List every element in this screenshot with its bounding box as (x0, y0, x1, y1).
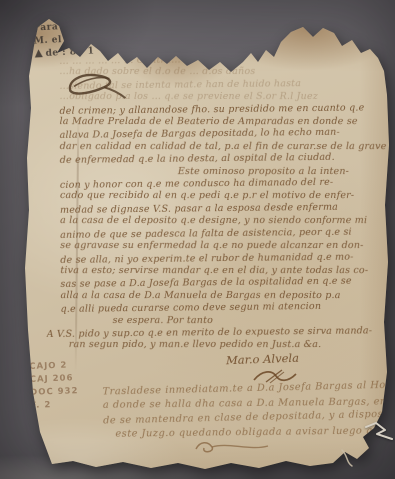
manuscript-line: se agravase su enfermedad la q.e no pued… (60, 240, 390, 252)
archive-reference: CAJO 2 CAJ 206 DOC 932 F. 2 (29, 359, 79, 413)
closing-flourish-icon (192, 438, 270, 456)
signature: Mar.o Alvela (226, 351, 299, 368)
paper-shadow: Para el M. el 5. L. de : 8 : 1 … … … … …… (0, 0, 395, 479)
decree-text: Trasladese inmediatam.te a D.a Josefa Ba… (103, 379, 395, 442)
archive-reference-line: DOC 932 (30, 385, 79, 400)
manuscript-line: q.e alli pueda curarse como deve segun m… (60, 300, 390, 316)
archive-reference-line: F. 2 (30, 398, 79, 413)
photo-background: Para el M. el 5. L. de : 8 : 1 … … … … …… (0, 0, 395, 479)
triangle-mark-icon (34, 49, 42, 57)
paper-fiber-icon (338, 448, 356, 468)
manuscript-paper: Para el M. el 5. L. de : 8 : 1 … … … … …… (0, 0, 395, 479)
stamp-line: Para el (33, 19, 93, 35)
thread-fiber-icon (362, 420, 395, 444)
manuscript-line: ran segun pido, y man.e llevo pedido en … (61, 339, 391, 351)
stamp-line: M. el 5. L. (34, 32, 94, 48)
manuscript-body: … … … … … … Contra… …ha dado sobre el d.… (59, 53, 391, 352)
